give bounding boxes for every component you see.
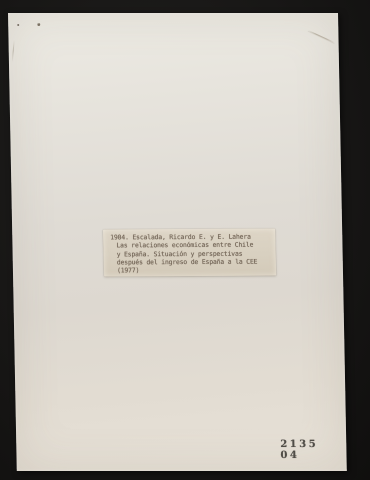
typed-caption-label: 1904. Escalada, Ricardo E. y E. Lahera L…	[103, 229, 276, 277]
pencil-mark	[308, 30, 335, 43]
caption-line-5: (1977)	[111, 266, 272, 275]
photo-back-paper: 1904. Escalada, Ricardo E. y E. Lahera L…	[8, 13, 347, 471]
edge-scratch-mark	[12, 40, 15, 62]
caption-line-2: Las relaciones económicas entre Chile	[110, 241, 271, 250]
scan-background: 1904. Escalada, Ricardo E. y E. Lahera L…	[0, 0, 370, 480]
dust-speck	[37, 23, 40, 26]
dust-speck	[17, 24, 19, 26]
archive-number-stamp: 2135 04	[280, 439, 346, 461]
caption-line-4: después del ingreso de España a la CEE	[111, 257, 272, 266]
